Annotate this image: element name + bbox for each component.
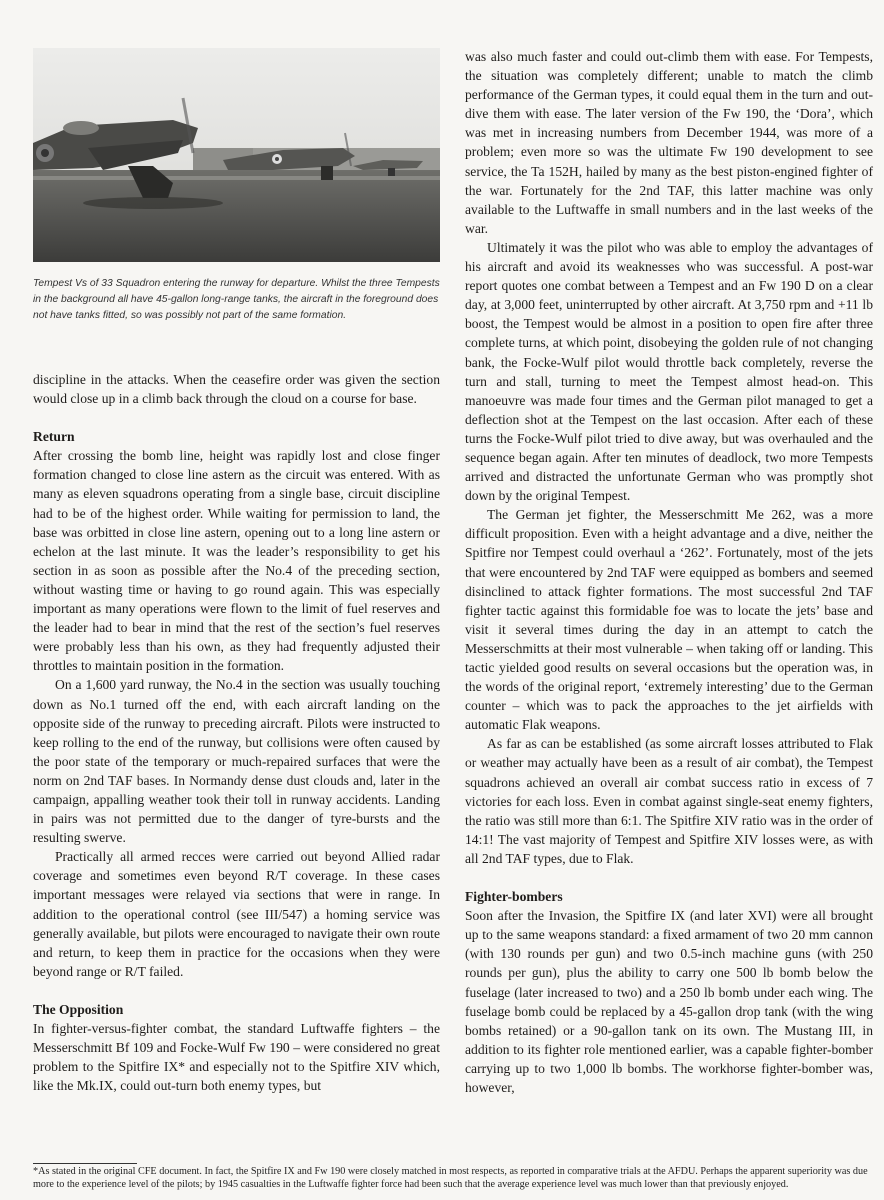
paragraph: Soon after the Invasion, the Spitfire IX… [465, 906, 873, 1097]
footnote-divider [33, 1163, 137, 1164]
footnote: *As stated in the original CFE document.… [33, 1166, 883, 1192]
section-heading-fighter-bombers: Fighter-bombers [465, 887, 873, 906]
paragraph: Ultimately it was the pilot who was able… [465, 238, 873, 505]
photo-tempest-runway [33, 48, 440, 262]
section-heading-opposition: The Opposition [33, 1000, 440, 1019]
section-heading-return: Return [33, 427, 440, 446]
left-column: discipline in the attacks. When the ceas… [33, 370, 440, 1095]
aircraft-photo-illustration [33, 48, 440, 262]
paragraph: The German jet fighter, the Messerschmit… [465, 505, 873, 734]
paragraph: On a 1,600 yard runway, the No.4 in the … [33, 675, 440, 847]
paragraph: As far as can be established (as some ai… [465, 734, 873, 868]
book-page: Tempest Vs of 33 Squadron entering the r… [0, 0, 884, 1200]
paragraph: Practically all armed recces were carrie… [33, 847, 440, 981]
paragraph: was also much faster and could out-climb… [465, 47, 873, 238]
paragraph: discipline in the attacks. When the ceas… [33, 370, 440, 408]
photo-caption: Tempest Vs of 33 Squadron entering the r… [33, 276, 443, 325]
right-column: was also much faster and could out-climb… [465, 47, 873, 1097]
paragraph: After crossing the bomb line, height was… [33, 446, 440, 675]
paragraph: In fighter-versus-fighter combat, the st… [33, 1019, 440, 1095]
